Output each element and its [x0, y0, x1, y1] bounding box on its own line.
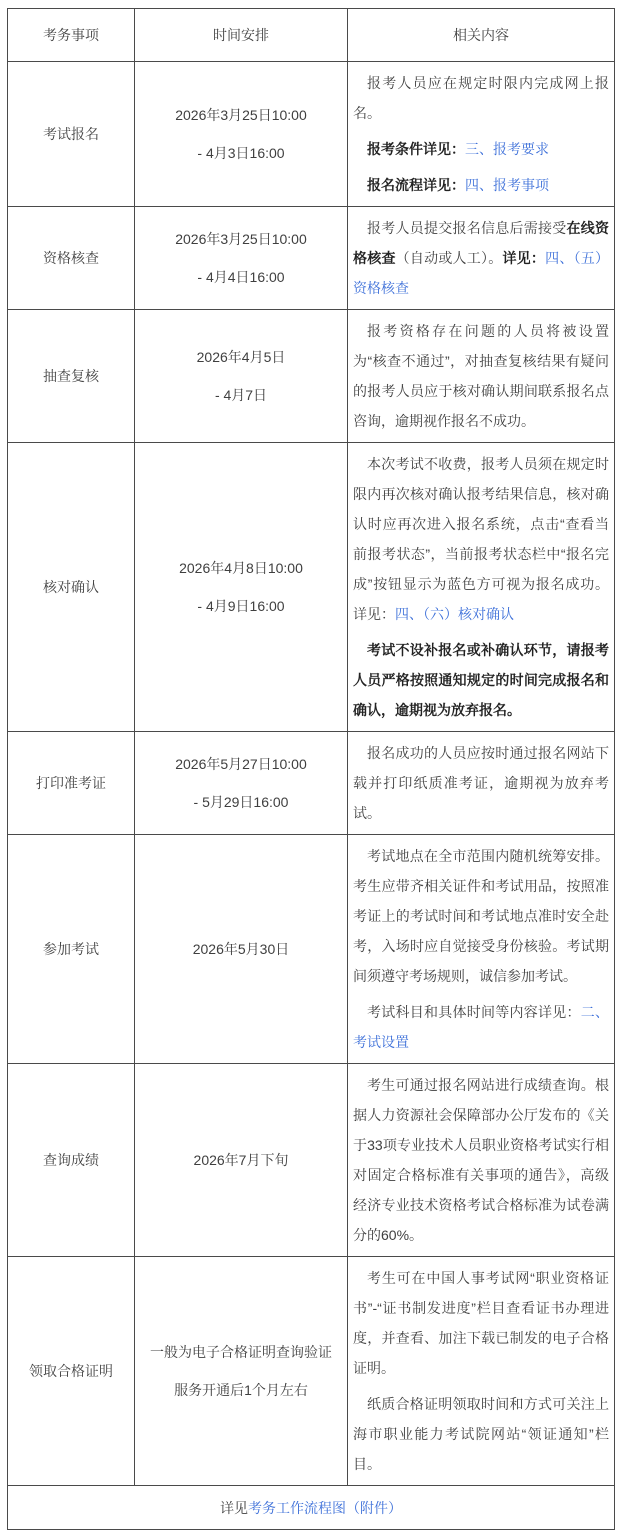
content-text: 报考资格存在问题的人员将被设置为“核查不通过”，对抽查复核结果有疑问的报考人员应… — [348, 310, 615, 443]
text-segment: 考试科目和具体时间等内容详见： — [367, 1004, 581, 1020]
paragraph: 报考条件详见：三、报考要求 — [353, 134, 609, 164]
text-segment: 纸质合格证明领取时间和方式可关注上海市职业能力考试院网站“领证通知”栏目。 — [353, 1396, 609, 1472]
content-text: 考生可在中国人事考试网“职业资格证书”-“证书制发进度”栏目查看证书办理进度，并… — [348, 1257, 615, 1486]
content-text: 报考人员应在规定时限内完成网上报名。报考条件详见：三、报考要求报名流程详见：四、… — [348, 62, 615, 207]
paragraph: 本次考试不收费，报考人员须在规定时限内再次核对确认报考结果信息，核对确认时应再次… — [353, 449, 609, 629]
text-segment: 报名成功的人员应按时通过报名网站下载并打印纸质准考证，逾期视为放弃考试。 — [353, 745, 609, 821]
exam-schedule-table: 考务事项 时间安排 相关内容 考试报名 2026年3月25日10:00 - 4月… — [7, 8, 615, 1530]
text-segment: 报考人员应在规定时限内完成网上报名。 — [353, 75, 609, 121]
paragraph: 考生可通过报名网站进行成绩查询。根据人力资源社会保障部办公厅发布的《关于33项专… — [353, 1070, 609, 1250]
inline-link[interactable]: 四、（六）核对确认 — [395, 606, 514, 622]
inline-link[interactable]: 四、报考事项 — [465, 177, 549, 193]
content-text: 考生可通过报名网站进行成绩查询。根据人力资源社会保障部办公厅发布的《关于33项专… — [348, 1064, 615, 1257]
paragraph: 报考资格存在问题的人员将被设置为“核查不通过”，对抽查复核结果有疑问的报考人员应… — [353, 316, 609, 436]
text-segment: 详见 — [220, 1500, 248, 1516]
paragraph: 报考人员提交报名信息后需接受在线资格核查（自动或人工）。详见：四、（五）资格核查 — [353, 213, 609, 303]
table-header-row: 考务事项 时间安排 相关内容 — [8, 9, 615, 62]
text-segment: 报考资格存在问题的人员将被设置为“核查不通过”，对抽查复核结果有疑问的报考人员应… — [353, 323, 609, 429]
content-text: 报考人员提交报名信息后需接受在线资格核查（自动或人工）。详见：四、（五）资格核查 — [348, 207, 615, 310]
table-row-take-exam: 参加考试 2026年5月30日 考试地点在全市范围内随机统筹安排。考生应带齐相关… — [8, 835, 615, 1064]
paragraph: 考试科目和具体时间等内容详见：二、考试设置 — [353, 997, 609, 1057]
exam-item-label: 查询成绩 — [8, 1064, 135, 1257]
table-footer-row: 详见考务工作流程图（附件） — [8, 1486, 615, 1530]
column-header-content: 相关内容 — [348, 9, 615, 62]
text-segment: 报考条件详见： — [367, 141, 465, 157]
inline-link[interactable]: 考务工作流程图（附件） — [248, 1500, 402, 1516]
page: { "colors": { "text": "#3f3f3f", "bold_t… — [0, 8, 621, 1530]
table-row-exam-registration: 考试报名 2026年3月25日10:00 - 4月3日16:00 报考人员应在规… — [8, 62, 615, 207]
table-row-confirm-check: 核对确认 2026年4月8日10:00 - 4月9日16:00 本次考试不收费，… — [8, 443, 615, 732]
time-value: 2026年4月5日 - 4月7日 — [135, 310, 348, 443]
time-value: 2026年5月30日 — [135, 835, 348, 1064]
time-value: 2026年3月25日10:00 - 4月4日16:00 — [135, 207, 348, 310]
time-value: 2026年4月8日10:00 - 4月9日16:00 — [135, 443, 348, 732]
table-row-spot-check-review: 抽查复核 2026年4月5日 - 4月7日 报考资格存在问题的人员将被设置为“核… — [8, 310, 615, 443]
exam-item-label: 资格核查 — [8, 207, 135, 310]
text-segment: 详见： — [502, 250, 545, 266]
footer-note: 详见考务工作流程图（附件） — [8, 1486, 615, 1530]
text-segment: 考试地点在全市范围内随机统筹安排。考生应带齐相关证件和考试用品，按照准考证上的考… — [353, 848, 609, 984]
text-segment: 考生可通过报名网站进行成绩查询。根据人力资源社会保障部办公厅发布的《关于33项专… — [353, 1077, 609, 1243]
paragraph: 详见考务工作流程图（附件） — [9, 1493, 613, 1523]
column-header-exam-item: 考务事项 — [8, 9, 135, 62]
exam-item-label: 参加考试 — [8, 835, 135, 1064]
text-segment: （自动或人工）。 — [396, 250, 503, 266]
time-value: 一般为电子合格证明查询验证 服务开通后1个月左右 — [135, 1257, 348, 1486]
column-header-time: 时间安排 — [135, 9, 348, 62]
paragraph: 考试不设补报名或补确认环节，请报考人员严格按照通知规定的时间完成报名和确认，逾期… — [353, 635, 609, 725]
exam-item-label: 领取合格证明 — [8, 1257, 135, 1486]
exam-item-label: 核对确认 — [8, 443, 135, 732]
paragraph: 报名成功的人员应按时通过报名网站下载并打印纸质准考证，逾期视为放弃考试。 — [353, 738, 609, 828]
exam-item-label: 抽查复核 — [8, 310, 135, 443]
content-text: 本次考试不收费，报考人员须在规定时限内再次核对确认报考结果信息，核对确认时应再次… — [348, 443, 615, 732]
table-row-check-scores: 查询成绩 2026年7月下旬 考生可通过报名网站进行成绩查询。根据人力资源社会保… — [8, 1064, 615, 1257]
table-row-qualification-check: 资格核查 2026年3月25日10:00 - 4月4日16:00 报考人员提交报… — [8, 207, 615, 310]
text-segment: 本次考试不收费，报考人员须在规定时限内再次核对确认报考结果信息，核对确认时应再次… — [353, 456, 609, 622]
text-segment: 考试不设补报名或补确认环节，请报考人员严格按照通知规定的时间完成报名和确认，逾期… — [353, 642, 609, 718]
time-value: 2026年5月27日10:00 - 5月29日16:00 — [135, 732, 348, 835]
table-row-print-admission-ticket: 打印准考证 2026年5月27日10:00 - 5月29日16:00 报名成功的… — [8, 732, 615, 835]
paragraph: 纸质合格证明领取时间和方式可关注上海市职业能力考试院网站“领证通知”栏目。 — [353, 1389, 609, 1479]
text-segment: 报考人员提交报名信息后需接受 — [367, 220, 567, 236]
paragraph: 报考人员应在规定时限内完成网上报名。 — [353, 68, 609, 128]
time-value: 2026年7月下旬 — [135, 1064, 348, 1257]
paragraph: 考试地点在全市范围内随机统筹安排。考生应带齐相关证件和考试用品，按照准考证上的考… — [353, 841, 609, 991]
paragraph: 报名流程详见：四、报考事项 — [353, 170, 609, 200]
text-segment: 报名流程详见： — [367, 177, 465, 193]
content-text: 考试地点在全市范围内随机统筹安排。考生应带齐相关证件和考试用品，按照准考证上的考… — [348, 835, 615, 1064]
exam-item-label: 打印准考证 — [8, 732, 135, 835]
time-value: 2026年3月25日10:00 - 4月3日16:00 — [135, 62, 348, 207]
text-segment: 考生可在中国人事考试网“职业资格证书”-“证书制发进度”栏目查看证书办理进度，并… — [353, 1270, 609, 1376]
content-text: 报名成功的人员应按时通过报名网站下载并打印纸质准考证，逾期视为放弃考试。 — [348, 732, 615, 835]
table-row-get-certificate: 领取合格证明 一般为电子合格证明查询验证 服务开通后1个月左右 考生可在中国人事… — [8, 1257, 615, 1486]
inline-link[interactable]: 三、报考要求 — [465, 141, 549, 157]
paragraph: 考生可在中国人事考试网“职业资格证书”-“证书制发进度”栏目查看证书办理进度，并… — [353, 1263, 609, 1383]
exam-item-label: 考试报名 — [8, 62, 135, 207]
